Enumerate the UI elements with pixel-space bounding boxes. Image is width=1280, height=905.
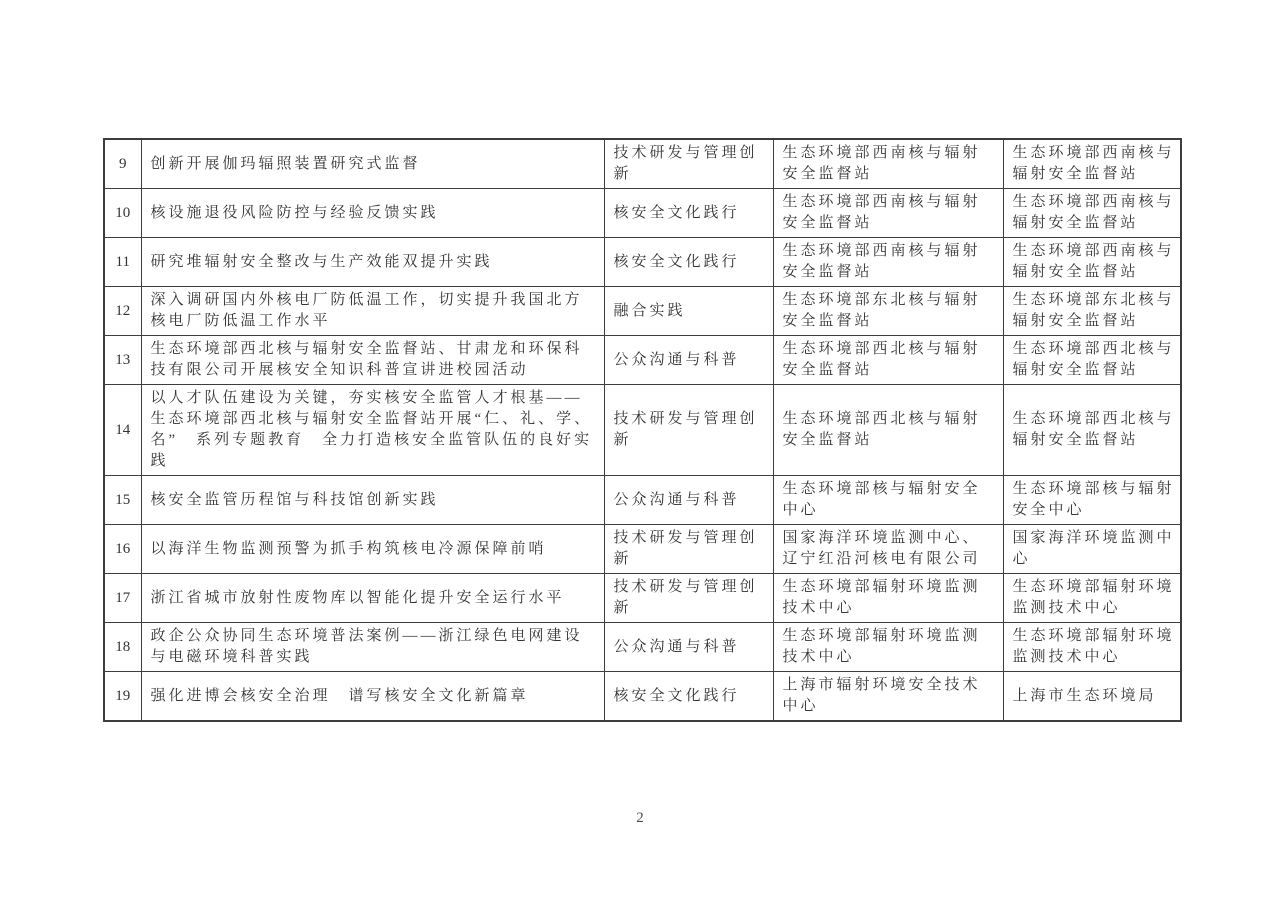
row-title: 深入调研国内外核电厂防低温工作，切实提升我国北方 核电厂防低温工作水平	[141, 287, 604, 336]
row-recommender: 生态环境部西南核与 辐射安全监督站	[1003, 139, 1181, 189]
cases-table: 9 创新开展伽玛辐照装置研究式监督 技术研发与管理创 新 生态环境部西南核与辐射…	[103, 138, 1182, 722]
table-row: 13 生态环境部西北核与辐射安全监督站、甘肃龙和环保科 技有限公司开展核安全知识…	[104, 336, 1181, 385]
table-row: 12 深入调研国内外核电厂防低温工作，切实提升我国北方 核电厂防低温工作水平 融…	[104, 287, 1181, 336]
row-title: 以海洋生物监测预警为抓手构筑核电冷源保障前哨	[141, 525, 604, 574]
row-org: 生态环境部西北核与辐射 安全监督站	[773, 385, 1003, 476]
row-number: 9	[104, 139, 141, 189]
row-title: 创新开展伽玛辐照装置研究式监督	[141, 139, 604, 189]
row-title: 核设施退役风险防控与经验反馈实践	[141, 189, 604, 238]
row-number: 15	[104, 476, 141, 525]
row-title: 生态环境部西北核与辐射安全监督站、甘肃龙和环保科 技有限公司开展核安全知识科普宣…	[141, 336, 604, 385]
row-number: 14	[104, 385, 141, 476]
row-title: 浙江省城市放射性废物库以智能化提升安全运行水平	[141, 574, 604, 623]
row-org: 生态环境部西南核与辐射 安全监督站	[773, 139, 1003, 189]
row-category: 技术研发与管理创 新	[604, 385, 773, 476]
row-category: 技术研发与管理创 新	[604, 574, 773, 623]
row-category: 技术研发与管理创 新	[604, 139, 773, 189]
row-category: 公众沟通与科普	[604, 623, 773, 672]
row-org: 生态环境部核与辐射安全 中心	[773, 476, 1003, 525]
row-category: 技术研发与管理创 新	[604, 525, 773, 574]
row-category: 融合实践	[604, 287, 773, 336]
row-org: 上海市辐射环境安全技术 中心	[773, 672, 1003, 722]
row-category: 公众沟通与科普	[604, 476, 773, 525]
table-row: 10 核设施退役风险防控与经验反馈实践 核安全文化践行 生态环境部西南核与辐射 …	[104, 189, 1181, 238]
table-row: 18 政企公众协同生态环境普法案例——浙江绿色电网建设 与电磁环境科普实践 公众…	[104, 623, 1181, 672]
row-recommender: 生态环境部核与辐射 安全中心	[1003, 476, 1181, 525]
row-org: 生态环境部西南核与辐射 安全监督站	[773, 238, 1003, 287]
row-number: 18	[104, 623, 141, 672]
row-org: 生态环境部西北核与辐射 安全监督站	[773, 336, 1003, 385]
row-title: 政企公众协同生态环境普法案例——浙江绿色电网建设 与电磁环境科普实践	[141, 623, 604, 672]
row-recommender: 生态环境部西北核与 辐射安全监督站	[1003, 385, 1181, 476]
row-category: 公众沟通与科普	[604, 336, 773, 385]
table-row: 11 研究堆辐射安全整改与生产效能双提升实践 核安全文化践行 生态环境部西南核与…	[104, 238, 1181, 287]
row-org: 生态环境部辐射环境监测 技术中心	[773, 574, 1003, 623]
row-number: 17	[104, 574, 141, 623]
row-org: 生态环境部西南核与辐射 安全监督站	[773, 189, 1003, 238]
row-org: 国家海洋环境监测中心、 辽宁红沿河核电有限公司	[773, 525, 1003, 574]
row-org: 生态环境部辐射环境监测 技术中心	[773, 623, 1003, 672]
row-recommender: 生态环境部辐射环境 监测技术中心	[1003, 574, 1181, 623]
row-number: 11	[104, 238, 141, 287]
table-body: 9 创新开展伽玛辐照装置研究式监督 技术研发与管理创 新 生态环境部西南核与辐射…	[104, 139, 1181, 721]
table-row: 15 核安全监管历程馆与科技馆创新实践 公众沟通与科普 生态环境部核与辐射安全 …	[104, 476, 1181, 525]
row-title: 以人才队伍建设为关键，夯实核安全监管人才根基—— 生态环境部西北核与辐射安全监督…	[141, 385, 604, 476]
row-recommender: 国家海洋环境监测中 心	[1003, 525, 1181, 574]
row-recommender: 生态环境部辐射环境 监测技术中心	[1003, 623, 1181, 672]
table-row: 14 以人才队伍建设为关键，夯实核安全监管人才根基—— 生态环境部西北核与辐射安…	[104, 385, 1181, 476]
row-number: 12	[104, 287, 141, 336]
row-title: 研究堆辐射安全整改与生产效能双提升实践	[141, 238, 604, 287]
row-category: 核安全文化践行	[604, 672, 773, 722]
page-number: 2	[0, 810, 1280, 827]
row-recommender: 生态环境部东北核与 辐射安全监督站	[1003, 287, 1181, 336]
table-row: 17 浙江省城市放射性废物库以智能化提升安全运行水平 技术研发与管理创 新 生态…	[104, 574, 1181, 623]
row-number: 10	[104, 189, 141, 238]
row-category: 核安全文化践行	[604, 189, 773, 238]
row-number: 19	[104, 672, 141, 722]
table-row: 19 强化进博会核安全治理 谱写核安全文化新篇章 核安全文化践行 上海市辐射环境…	[104, 672, 1181, 722]
row-title: 强化进博会核安全治理 谱写核安全文化新篇章	[141, 672, 604, 722]
table-row: 16 以海洋生物监测预警为抓手构筑核电冷源保障前哨 技术研发与管理创 新 国家海…	[104, 525, 1181, 574]
row-title: 核安全监管历程馆与科技馆创新实践	[141, 476, 604, 525]
row-number: 16	[104, 525, 141, 574]
row-recommender: 上海市生态环境局	[1003, 672, 1181, 722]
row-number: 13	[104, 336, 141, 385]
row-recommender: 生态环境部西北核与 辐射安全监督站	[1003, 336, 1181, 385]
row-recommender: 生态环境部西南核与 辐射安全监督站	[1003, 189, 1181, 238]
row-category: 核安全文化践行	[604, 238, 773, 287]
table-row: 9 创新开展伽玛辐照装置研究式监督 技术研发与管理创 新 生态环境部西南核与辐射…	[104, 139, 1181, 189]
row-org: 生态环境部东北核与辐射 安全监督站	[773, 287, 1003, 336]
document-page: 9 创新开展伽玛辐照装置研究式监督 技术研发与管理创 新 生态环境部西南核与辐射…	[0, 0, 1280, 905]
row-recommender: 生态环境部西南核与 辐射安全监督站	[1003, 238, 1181, 287]
